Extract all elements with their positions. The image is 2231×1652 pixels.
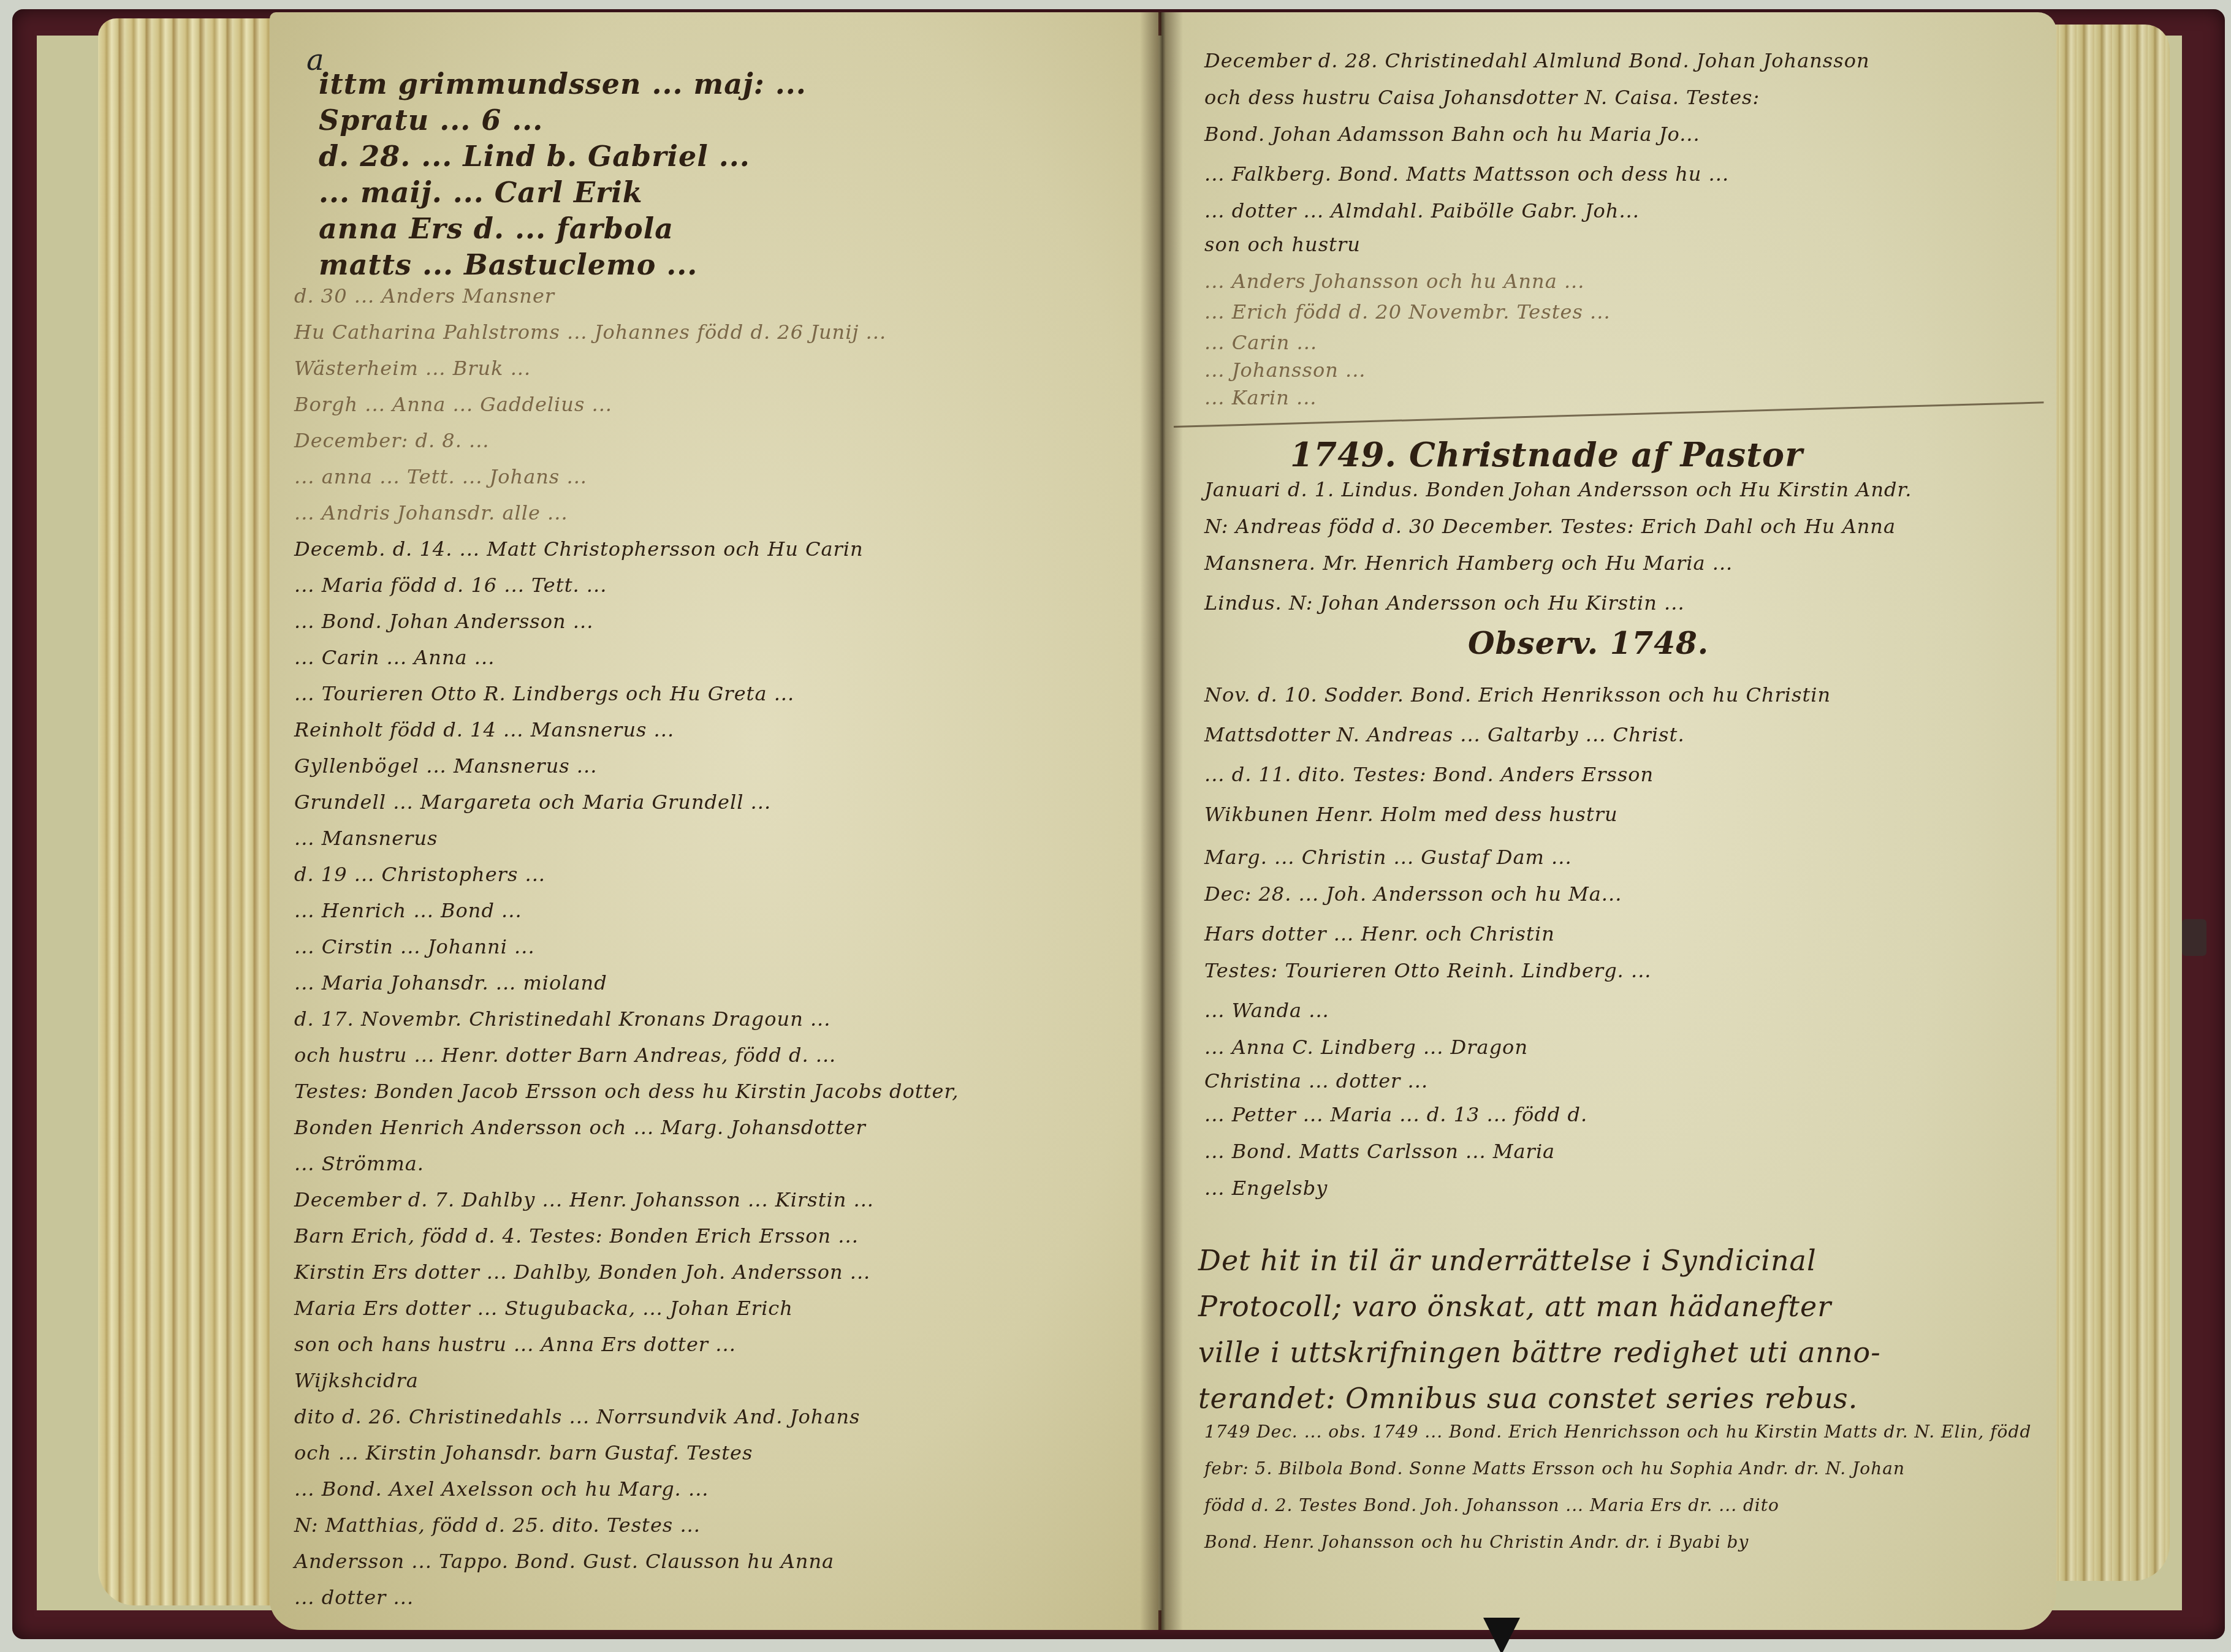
handwritten-line: Wijkshcidra	[294, 1369, 419, 1392]
handwritten-line: Maria Ers dotter ... Stugubacka, ... Joh…	[294, 1297, 793, 1320]
handwritten-line: Wästerheim ... Bruk ...	[294, 357, 531, 380]
handwritten-line: ... Anna C. Lindberg ... Dragon	[1204, 1036, 1528, 1059]
handwritten-line: Protocoll; varo önskat, att man hädaneft…	[1198, 1290, 1831, 1323]
handwritten-line: Barn Erich, född d. 4. Testes: Bonden Er…	[294, 1224, 859, 1248]
handwritten-line: d. 30 ... Anders Mansner	[294, 284, 555, 308]
handwritten-line: ville i uttskrifningen bättre redighet u…	[1198, 1336, 1881, 1369]
handwritten-line: matts ... Bastuclemo ...	[319, 248, 697, 281]
handwritten-line: ... Strömma.	[294, 1152, 424, 1175]
page-marker: a	[306, 43, 324, 77]
handwritten-line: ... Carin ... Anna ...	[294, 646, 495, 669]
handwritten-line: ... Falkberg. Bond. Matts Mattsson och d…	[1204, 162, 1729, 186]
handwritten-line: ... Karin ...	[1204, 386, 1317, 409]
handwritten-line: Mattsdotter N. Andreas ... Galtarby ... …	[1204, 723, 1685, 746]
handwritten-line: febr: 5. Bilbola Bond. Sonne Matts Ersso…	[1204, 1458, 1905, 1479]
handwritten-line: d. 17. Novembr. Christinedahl Kronans Dr…	[294, 1007, 830, 1031]
handwritten-line: ... Anders Johansson och hu Anna ...	[1204, 270, 1584, 293]
book-gutter	[1140, 12, 1183, 1630]
handwritten-line: ... Bond. Matts Carlsson ... Maria	[1204, 1140, 1555, 1163]
handwritten-line: Det hit in til är underrättelse i Syndic…	[1198, 1244, 1817, 1277]
handwritten-line: ... Mansnerus	[294, 827, 438, 850]
handwritten-line: ... Carin ...	[1204, 331, 1317, 354]
handwritten-line: ... Henrich ... Bond ...	[294, 899, 522, 922]
handwritten-line: dito d. 26. Christinedahls ... Norrsundv…	[294, 1405, 861, 1428]
handwritten-line: Reinholt född d. 14 ... Mansnerus ...	[294, 718, 674, 741]
handwritten-line: ... Tourieren Otto R. Lindbergs och Hu G…	[294, 682, 794, 705]
handwritten-line: Borgh ... Anna ... Gaddelius ...	[294, 393, 612, 416]
handwritten-line: ... Bond. Axel Axelsson och hu Marg. ...	[294, 1477, 709, 1501]
handwritten-line: Gyllenbögel ... Mansnerus ...	[294, 754, 597, 778]
handwritten-line: och dess hustru Caisa Johansdotter N. Ca…	[1204, 86, 1760, 109]
book-clasp	[2182, 919, 2206, 956]
handwritten-line: ... Engelsby	[1204, 1176, 1328, 1200]
handwritten-line: ... Petter ... Maria ... d. 13 ... född …	[1204, 1103, 1587, 1126]
handwritten-line: d. 28. ... Lind b. Gabriel ...	[319, 140, 750, 173]
handwritten-line: Dec: 28. ... Joh. Andersson och hu Ma...	[1204, 882, 1622, 906]
handwritten-line: ... maij. ... Carl Erik	[319, 176, 643, 209]
handwritten-line: Januari d. 1. Lindus. Bonden Johan Ander…	[1204, 478, 1912, 501]
handwritten-line: ... dotter ... Almdahl. Paibölle Gabr. J…	[1204, 199, 1640, 222]
handwritten-line: ... Wanda ...	[1204, 999, 1329, 1022]
handwritten-line: Christina ... dotter ...	[1204, 1069, 1428, 1093]
handwritten-line: December d. 7. Dahlby ... Henr. Johansso…	[294, 1188, 874, 1211]
handwritten-line: ... d. 11. dito. Testes: Bond. Anders Er…	[1204, 763, 1654, 786]
handwritten-line: Testes: Tourieren Otto Reinh. Lindberg. …	[1204, 959, 1651, 982]
handwritten-line: Spratu ... 6 ...	[319, 104, 543, 137]
handwritten-line: ... anna ... Tett. ... Johans ...	[294, 465, 587, 488]
ribbon-bookmark	[1483, 1618, 1520, 1652]
handwritten-line: Testes: Bonden Jacob Ersson och dess hu …	[294, 1080, 959, 1103]
handwritten-line: ... Maria född d. 16 ... Tett. ...	[294, 574, 607, 597]
handwritten-line: Nov. d. 10. Sodder. Bond. Erich Henrikss…	[1204, 683, 1831, 707]
handwritten-line: Marg. ... Christin ... Gustaf Dam ...	[1204, 846, 1572, 869]
handwritten-line: Hars dotter ... Henr. och Christin	[1204, 922, 1555, 945]
handwritten-line: ittm grimmundssen ... maj: ...	[319, 67, 807, 100]
handwritten-line: Observ. 1748.	[1468, 625, 1709, 661]
handwritten-line: Kirstin Ers dotter ... Dahlby, Bonden Jo…	[294, 1260, 870, 1284]
handwritten-line: ... Johansson ...	[1204, 358, 1366, 382]
handwritten-line: ... Cirstin ... Johanni ...	[294, 935, 535, 958]
right-page-stack	[2041, 25, 2170, 1581]
right-page: December d. 28. Christinedahl Almlund Bo…	[1161, 12, 2056, 1630]
handwritten-line: N: Andreas född d. 30 December. Testes: …	[1204, 515, 1896, 538]
handwritten-line: ... Andris Johansdr. alle ...	[294, 501, 568, 525]
handwritten-line: December: d. 8. ...	[294, 429, 490, 452]
handwritten-line: 1749. Christnade af Pastor	[1290, 435, 1803, 474]
handwritten-line: Hu Catharina Pahlstroms ... Johannes föd…	[294, 320, 886, 344]
handwritten-line: Mansnera. Mr. Henrich Hamberg och Hu Mar…	[1204, 551, 1733, 575]
handwritten-line: född d. 2. Testes Bond. Joh. Johansson .…	[1204, 1495, 1779, 1515]
left-page: ittm grimmundssen ... maj: ...Spratu ...…	[270, 12, 1158, 1630]
handwritten-line: son och hustru	[1204, 233, 1361, 256]
handwritten-line: Wikbunen Henr. Holm med dess hustru	[1204, 803, 1618, 826]
handwritten-line: ... dotter ...	[294, 1586, 414, 1609]
handwritten-line: Lindus. N: Johan Andersson och Hu Kirsti…	[1204, 591, 1685, 615]
handwritten-line: December d. 28. Christinedahl Almlund Bo…	[1204, 49, 1870, 72]
handwritten-line: Bond. Henr. Johansson och hu Christin An…	[1204, 1532, 1749, 1552]
handwritten-line: N: Matthias, född d. 25. dito. Testes ..…	[294, 1514, 701, 1537]
handwritten-line: ... Bond. Johan Andersson ...	[294, 610, 593, 633]
handwritten-line: ... Maria Johansdr. ... mioland	[294, 971, 607, 995]
handwritten-line: anna Ers d. ... farbola	[319, 212, 674, 245]
handwritten-line: och hustru ... Henr. dotter Barn Andreas…	[294, 1044, 836, 1067]
handwritten-line: Decemb. d. 14. ... Matt Christophersson …	[294, 537, 864, 561]
handwritten-line: och ... Kirstin Johansdr. barn Gustaf. T…	[294, 1441, 753, 1464]
handwritten-line: ... Erich född d. 20 Novembr. Testes ...	[1204, 300, 1611, 324]
handwritten-line: d. 19 ... Christophers ...	[294, 863, 545, 886]
handwritten-line: 1749 Dec. ... obs. 1749 ... Bond. Erich …	[1204, 1422, 2031, 1442]
handwritten-line: Bonden Henrich Andersson och ... Marg. J…	[294, 1116, 866, 1139]
handwritten-line: terandet: Omnibus sua constet series reb…	[1198, 1382, 1858, 1415]
handwritten-line: Grundell ... Margareta och Maria Grundel…	[294, 790, 771, 814]
handwritten-line: son och hans hustru ... Anna Ers dotter …	[294, 1333, 736, 1356]
handwritten-line: Andersson ... Tappo. Bond. Gust. Clausso…	[294, 1550, 834, 1573]
handwritten-line: Bond. Johan Adamsson Bahn och hu Maria J…	[1204, 123, 1700, 146]
